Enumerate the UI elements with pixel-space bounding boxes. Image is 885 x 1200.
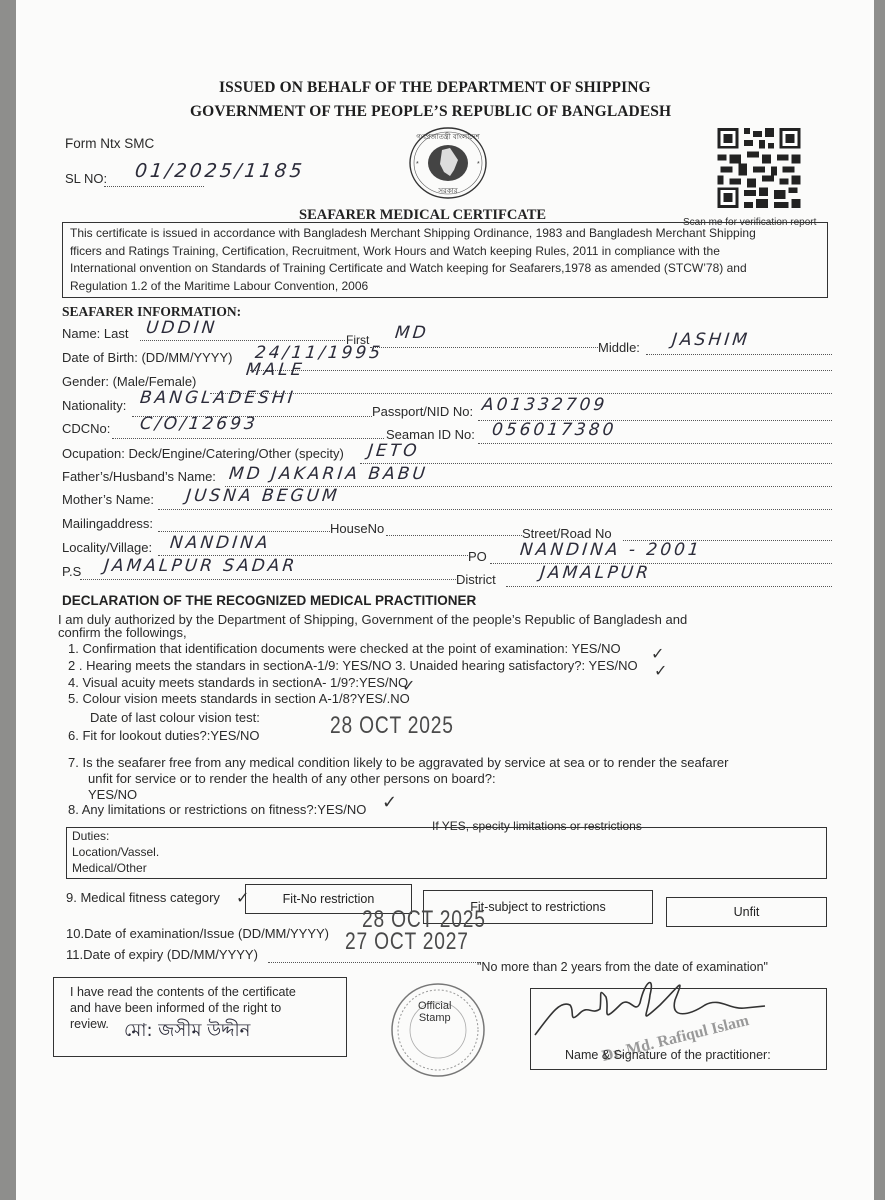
- expiry-date-stamp: 27 OCT 2027: [345, 928, 469, 956]
- occupation-value: JETO: [367, 441, 421, 461]
- nationality-label: Nationality:: [62, 398, 126, 413]
- district-label: District: [456, 572, 496, 587]
- colour-test-date-stamp: 28 OCT 2025: [330, 712, 454, 740]
- passport-label: Passport/NID No:: [372, 404, 473, 419]
- nationality-value: BANGLADESHI: [139, 388, 297, 408]
- fitness-category-label: 9. Medical fitness category: [66, 890, 220, 905]
- official-stamp-label: Official Stamp: [418, 1000, 451, 1024]
- declaration-item-1: 1. Confirmation that identification docu…: [68, 641, 621, 656]
- check-mark-icon: ✓: [382, 792, 397, 813]
- locality-value: NANDINA: [169, 533, 272, 553]
- svg-text:সরকার: সরকার: [437, 187, 457, 195]
- declaration-intro-2: confirm the followings,: [58, 625, 187, 640]
- street-road-label: Street/Road No: [522, 526, 612, 541]
- fitness-option-unfit[interactable]: Unfit: [666, 897, 827, 927]
- mailing-address-label: Mailingaddress:: [62, 516, 153, 531]
- svg-text:গণপ্রজাতন্ত্রী বাংলাদেশ: গণপ্রজাতন্ত্রী বাংলাদেশ: [416, 132, 480, 141]
- declaration-item-2-3: 2 . Hearing meets the standars in sectio…: [68, 658, 638, 673]
- seaman-id-label: Seaman ID No:: [386, 427, 475, 442]
- mother-name-value: JUSNA BEGUM: [185, 486, 341, 506]
- declaration-item-7-answer: YES/NO: [88, 787, 137, 802]
- dob-label: Date of Birth: (DD/MM/YYYY): [62, 350, 232, 365]
- limitations-fields: Duties: Location/Vassel. Medical/Other: [72, 828, 159, 876]
- father-name-label: Father’s/Husband’s Name:: [62, 469, 216, 484]
- official-stamp-icon: [388, 980, 488, 1080]
- government-seal-icon: গণপ্রজাতন্ত্রী বাংলাদেশ সরকার * *: [404, 126, 492, 200]
- expiry-date-label: 11.Date of expiry (DD/MM/YYYY): [66, 947, 258, 962]
- seaman-id-value: 056017380: [491, 420, 617, 440]
- occupation-label: Ocupation: Deck/Engine/Catering/Other (s…: [62, 446, 344, 461]
- intro-text: This certificate is issued in accordance…: [70, 225, 756, 295]
- ps-label: P.S: [62, 564, 81, 579]
- locality-label: Locality/Village:: [62, 540, 152, 555]
- name-last-label: Name: Last: [62, 326, 128, 341]
- cdc-value: C/O/12693: [139, 414, 259, 434]
- sl-no-value: 01/2025/1185: [134, 160, 306, 182]
- svg-text:*: *: [477, 161, 480, 168]
- declaration-item-8: 8. Any limitations or restrictions on fi…: [68, 802, 366, 817]
- issuer-line-2: GOVERNMENT OF THE PEOPLE’S REPUBLIC OF B…: [190, 103, 671, 121]
- ps-value: JAMALPUR SADAR: [103, 556, 298, 576]
- qr-code-icon[interactable]: [717, 128, 801, 208]
- sl-no-label: SL NO:: [65, 171, 107, 186]
- father-name-value: MD JAKARIA BABU: [228, 464, 429, 484]
- mother-name-label: Mother’s Name:: [62, 492, 154, 507]
- house-no-label: HouseNo: [330, 521, 384, 536]
- name-first-value: MD: [394, 323, 430, 343]
- declaration-title: DECLARATION OF THE RECOGNIZED MEDICAL PR…: [62, 593, 476, 608]
- svg-text:*: *: [416, 161, 419, 168]
- form-code: Form Ntx SMC: [65, 136, 154, 151]
- exam-date-label: 10.Date of examination/Issue (DD/MM/YYYY…: [66, 926, 329, 941]
- district-value: JAMALPUR: [539, 563, 652, 583]
- declaration-item-7: 7. Is the seafarer free from any medical…: [68, 755, 728, 770]
- po-value: NANDINA - 2001: [519, 540, 703, 560]
- gender-label: Gender: (Male/Female): [62, 374, 196, 389]
- declaration-item-5: 5. Colour vision meets standards in sect…: [68, 691, 410, 706]
- colour-test-label: Date of last colour vision test:: [90, 710, 260, 725]
- declaration-item-4: 4. Visual acuity meets standards in sect…: [68, 675, 408, 690]
- seafarer-signature: মো: জসীম উদ্দীন: [124, 1016, 250, 1047]
- passport-value: A01332709: [481, 395, 608, 415]
- name-last-value: UDDIN: [145, 318, 218, 338]
- limitations-box[interactable]: [66, 827, 827, 879]
- gender-value: MALE: [245, 360, 306, 380]
- cdc-label: CDCNo:: [62, 421, 110, 436]
- check-mark-icon: ✓: [654, 661, 667, 680]
- declaration-item-6: 6. Fit for lookout duties?:YES/NO: [68, 728, 259, 743]
- po-label: PO: [468, 549, 487, 564]
- expiry-note: "No more than 2 years from the date of e…: [477, 960, 768, 974]
- practitioner-caption: Name & Signature of the practitioner:: [565, 1048, 771, 1062]
- name-middle-value: JASHIM: [671, 330, 751, 350]
- issuer-line-1: ISSUED ON BEHALF OF THE DEPARTMENT OF SH…: [219, 79, 651, 97]
- declaration-item-7-cont: unfit for service or to render the healt…: [88, 771, 496, 786]
- check-mark-icon: ✓: [402, 676, 415, 695]
- name-middle-label: Middle:: [598, 340, 640, 355]
